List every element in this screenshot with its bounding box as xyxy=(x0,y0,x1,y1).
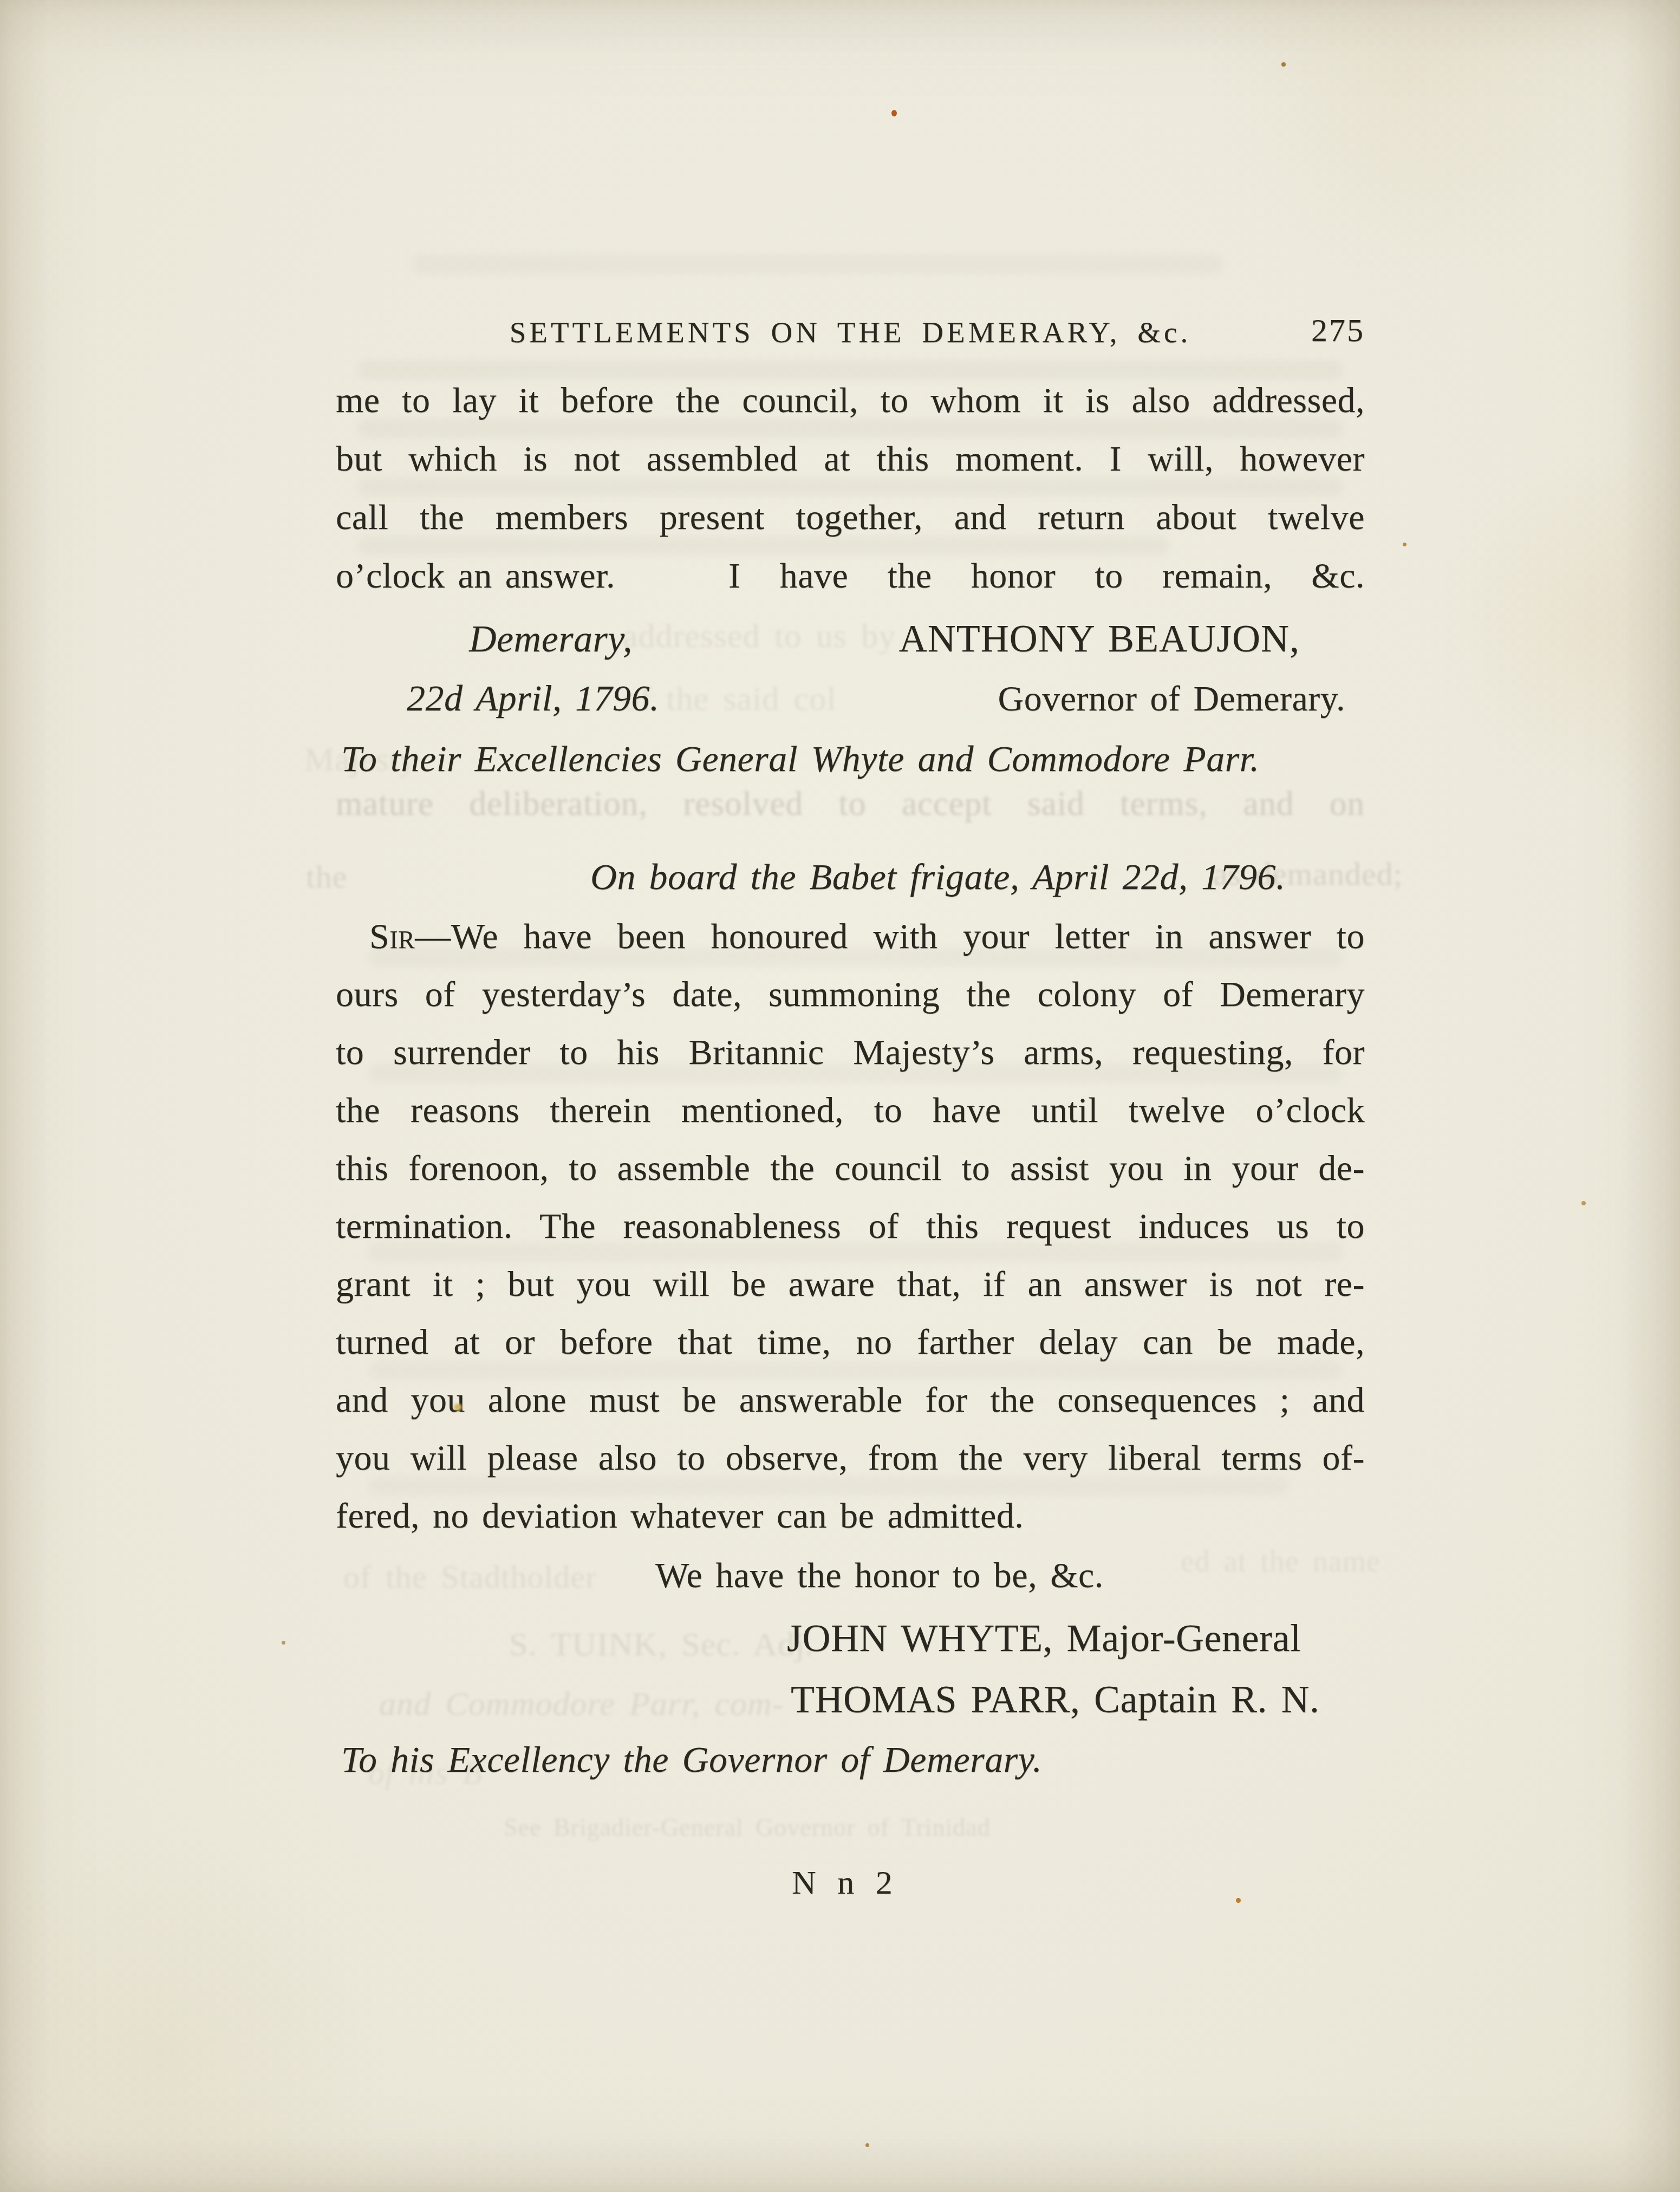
bleedthrough-text: S. TUINK, Sec. Adj. xyxy=(509,1626,814,1664)
body-line-right: I have the honor to remain, &c. xyxy=(728,554,1365,598)
body-line: but which is not assembled at this momen… xyxy=(336,438,1365,481)
signature-line: JOHN WHYTE, Major-General xyxy=(787,1615,1301,1662)
bleedthrough-text: and Commodore Parr, com- xyxy=(379,1685,784,1724)
body-line: this forenoon, to assemble the council t… xyxy=(336,1147,1365,1191)
dateline-date: 22d April, 1796. xyxy=(407,676,660,721)
closing-row: 22d April, 1796. Governor of Demerary. xyxy=(336,676,1365,721)
body-line: turned at or before that time, no farthe… xyxy=(336,1321,1365,1365)
book-page-scan: addressed to us by of the said col Majes… xyxy=(0,0,1680,2192)
body-line: and you alone must be answerable for the… xyxy=(336,1379,1365,1423)
paper-speck xyxy=(1581,1201,1586,1205)
running-header-title: SETTLEMENTS ON THE DEMERARY, &c. xyxy=(336,315,1365,349)
bleedthrough-text: mature deliberation, resolved to accept … xyxy=(336,784,1365,824)
salutation: Sir xyxy=(369,917,415,956)
body-line-rest: —We have been honoured with your letter … xyxy=(415,917,1365,956)
bleedthrough-text: ed at the name xyxy=(1181,1544,1381,1579)
page-number: 275 xyxy=(1311,312,1365,349)
dateline-place: Demerary, xyxy=(469,616,633,662)
body-line: to surrender to his Britannic Majesty’s … xyxy=(336,1031,1365,1075)
bleedthrough-streak xyxy=(357,360,1343,380)
signer-title: Governor of Demerary. xyxy=(998,677,1345,721)
body-line: fered, no deviation whatever can be admi… xyxy=(336,1495,1365,1538)
paper-speck xyxy=(891,110,897,116)
dateline: On board the Babet frigate, April 22d, 1… xyxy=(590,854,1286,899)
body-line: me to lay it before the council, to whom… xyxy=(336,379,1365,423)
body-line: the reasons therein mentioned, to have u… xyxy=(336,1089,1365,1133)
signature-mark: N n 2 xyxy=(792,1863,894,1904)
running-header: SETTLEMENTS ON THE DEMERARY, &c. 275 xyxy=(336,315,1365,349)
paper-speck xyxy=(1403,543,1406,546)
addressee-line: To their Excellencies General Whyte and … xyxy=(341,736,1260,781)
paper-speck xyxy=(454,1404,462,1411)
bleedthrough-text: of the Stadtholder xyxy=(343,1558,597,1596)
body-line: you will please also to observe, from th… xyxy=(336,1437,1365,1480)
body-line: Sir—We have been honoured with your lett… xyxy=(336,915,1365,959)
body-line: grant it ; but you will be aware that, i… xyxy=(336,1263,1365,1307)
closing-line: We have the honor to be, &c. xyxy=(655,1554,1104,1598)
bleedthrough-streak xyxy=(412,255,1224,274)
bleedthrough-text: See Brigadier-General Governor of Trinid… xyxy=(504,1813,991,1842)
paper-speck xyxy=(1281,62,1286,67)
body-line: termination. The reasonableness of this … xyxy=(336,1205,1365,1249)
body-line: call the members present together, and r… xyxy=(336,496,1365,540)
paper-speck xyxy=(282,1641,285,1645)
signature-line: THOMAS PARR, Captain R. N. xyxy=(791,1676,1319,1724)
body-line-left: o’clock an answer. xyxy=(336,554,615,598)
addressee-line: To his Excellency the Governor of Demera… xyxy=(341,1737,1042,1782)
body-line: ours of yesterday’s date, summoning the … xyxy=(336,973,1365,1017)
signer-name: ANTHONY BEAUJON, xyxy=(899,615,1300,663)
bleedthrough-text: the xyxy=(306,858,347,896)
paper-speck xyxy=(1236,1898,1241,1903)
paper-speck xyxy=(865,2143,869,2147)
closing-row: Demerary, ANTHONY BEAUJON, xyxy=(336,615,1365,663)
body-line: o’clock an answer. I have the honor to r… xyxy=(336,554,1365,598)
